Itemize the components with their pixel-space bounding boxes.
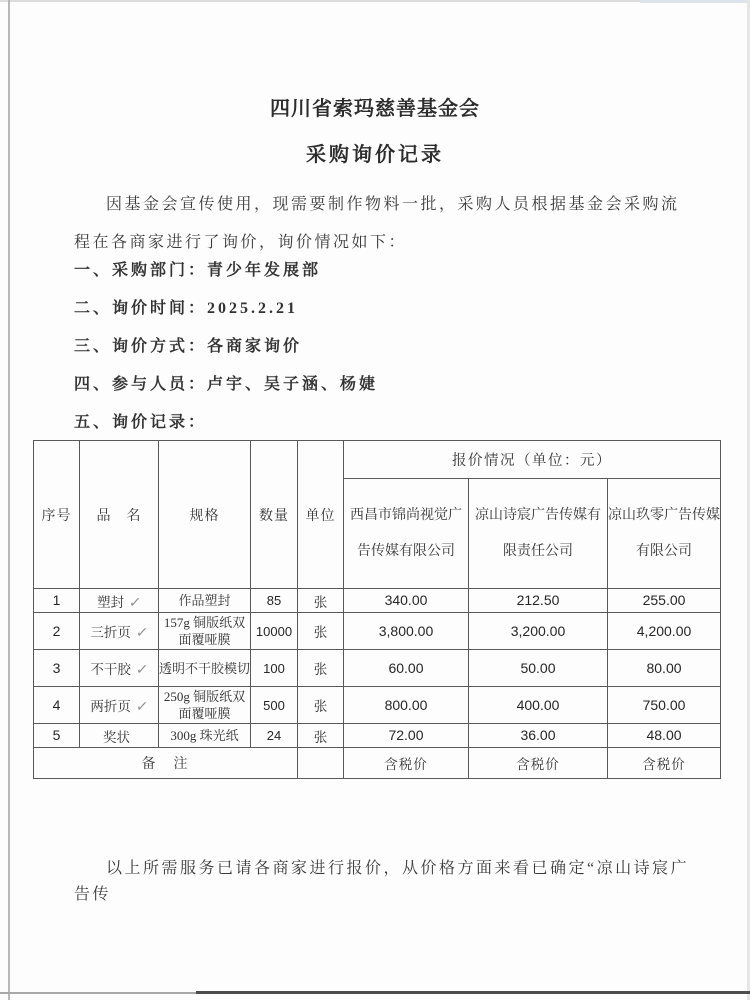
cell-seq: 4 <box>34 687 80 724</box>
item-name: 不干胶 <box>90 662 131 677</box>
cell-qty: 10000 <box>251 613 298 650</box>
cell-spec: 157g 铜版纸双面覆哑膜 <box>159 613 251 650</box>
cell-name: 塑封✓ <box>80 589 159 613</box>
intro-paragraph: 因基金会宣传使用，现需要制作物料一批，采购人员根据基金会采购流程在各商家进行了询… <box>74 186 686 262</box>
table-row: 2 三折页✓ 157g 铜版纸双面覆哑膜 10000 张 3,800.00 3,… <box>34 613 721 650</box>
item-name: 两折页 <box>90 699 131 714</box>
checkmark-icon: ✓ <box>135 699 149 715</box>
tax-note-vendor2: 含税价 <box>469 748 608 779</box>
closing-paragraph: 以上所需服务已请各商家进行报价，从价格方面来看已确定“凉山诗宸广告传 <box>74 856 704 908</box>
cell-name: 不干胶✓ <box>80 650 159 687</box>
item-name: 奖状 <box>103 730 130 745</box>
cell-spec: 透明不干胶模切 <box>159 650 251 687</box>
col-header-name: 品 名 <box>80 441 159 589</box>
document-title: 四川省索玛慈善基金会 <box>0 92 750 121</box>
cell-price-vendor3: 4,200.00 <box>608 613 721 650</box>
scan-edge-top-right <box>640 0 750 3</box>
cell-price-vendor2: 212.50 <box>469 589 608 613</box>
cell-price-vendor1: 800.00 <box>344 687 469 724</box>
checkmark-icon: ✓ <box>135 662 149 678</box>
list-item-inquiry-date: 二、询价时间：2025.2.21 <box>74 297 694 321</box>
cell-seq: 5 <box>34 724 80 748</box>
cell-qty: 100 <box>251 650 298 687</box>
scan-edge-bottom-dark <box>196 991 750 994</box>
cell-price-vendor3: 48.00 <box>608 724 721 748</box>
cell-price-vendor2: 400.00 <box>469 687 608 724</box>
checkmark-icon: ✓ <box>128 595 142 611</box>
item-name: 塑封 <box>97 595 124 610</box>
cell-seq: 3 <box>34 650 80 687</box>
scan-edge-left <box>8 0 10 1000</box>
cell-qty: 24 <box>251 724 298 748</box>
cell-empty <box>298 748 344 779</box>
table-row: 3 不干胶✓ 透明不干胶模切 100 张 60.00 50.00 80.00 <box>34 650 721 687</box>
list-item-department: 一、采购部门：青少年发展部 <box>74 259 694 283</box>
cell-name: 三折页✓ <box>80 613 159 650</box>
cell-spec: 250g 铜版纸双面覆哑膜 <box>159 687 251 724</box>
cell-seq: 1 <box>34 589 80 613</box>
cell-price-vendor2: 50.00 <box>469 650 608 687</box>
cell-price-vendor3: 255.00 <box>608 589 721 613</box>
vendor-header-2: 凉山诗宸广告传媒有限责任公司 <box>469 479 608 589</box>
cell-spec: 作品塑封 <box>159 589 251 613</box>
info-list: 一、采购部门：青少年发展部 二、询价时间：2025.2.21 三、询价方式：各商… <box>74 259 694 449</box>
cell-price-vendor2: 36.00 <box>469 724 608 748</box>
table-footer-row: 备 注 含税价 含税价 含税价 <box>34 748 721 779</box>
cell-name: 奖状 <box>80 724 159 748</box>
cell-unit: 张 <box>298 650 344 687</box>
cell-price-vendor1: 340.00 <box>344 589 469 613</box>
cell-qty: 500 <box>251 687 298 724</box>
quote-title-header: 报价情况（单位：元） <box>344 441 721 479</box>
scanned-document-page: 四川省索玛慈善基金会 采购询价记录 因基金会宣传使用，现需要制作物料一批，采购人… <box>0 0 750 1000</box>
table-row: 1 塑封✓ 作品塑封 85 张 340.00 212.50 255.00 <box>34 589 721 613</box>
tax-note-vendor3: 含税价 <box>608 748 721 779</box>
cell-price-vendor1: 60.00 <box>344 650 469 687</box>
cell-unit: 张 <box>298 724 344 748</box>
cell-unit: 张 <box>298 589 344 613</box>
list-item-inquiry-method: 三、询价方式：各商家询价 <box>74 335 694 359</box>
vendor-header-1: 西昌市锦尚视觉广告传媒有限公司 <box>344 479 469 589</box>
table-row: 4 两折页✓ 250g 铜版纸双面覆哑膜 500 张 800.00 400.00… <box>34 687 721 724</box>
table-row: 5 奖状 300g 珠光纸 24 张 72.00 36.00 48.00 <box>34 724 721 748</box>
col-header-qty: 数量 <box>251 441 298 589</box>
cell-unit: 张 <box>298 687 344 724</box>
cell-qty: 85 <box>251 589 298 613</box>
cell-price-vendor1: 72.00 <box>344 724 469 748</box>
document-subtitle: 采购询价记录 <box>0 138 750 167</box>
col-header-unit: 单位 <box>298 441 344 589</box>
scan-edge-bottom-light <box>0 992 200 994</box>
cell-price-vendor1: 3,800.00 <box>344 613 469 650</box>
cell-price-vendor3: 750.00 <box>608 687 721 724</box>
list-item-record-heading: 五、询价记录： <box>74 411 694 435</box>
remark-label: 备 注 <box>34 748 298 779</box>
tax-note-vendor1: 含税价 <box>344 748 469 779</box>
col-header-seq: 序号 <box>34 441 80 589</box>
quote-table-wrapper: 序号 品 名 规格 数量 单位 报价情况（单位：元） 西昌市锦尚视觉广告传媒有限… <box>33 440 721 779</box>
cell-price-vendor2: 3,200.00 <box>469 613 608 650</box>
item-name: 三折页 <box>90 625 131 640</box>
cell-unit: 张 <box>298 613 344 650</box>
cell-spec: 300g 珠光纸 <box>159 724 251 748</box>
col-header-spec: 规格 <box>159 441 251 589</box>
table-header-row-1: 序号 品 名 规格 数量 单位 报价情况（单位：元） <box>34 441 721 479</box>
checkmark-icon: ✓ <box>135 625 149 641</box>
quote-table: 序号 品 名 规格 数量 单位 报价情况（单位：元） 西昌市锦尚视觉广告传媒有限… <box>33 440 721 779</box>
vendor-header-3: 凉山玖零广告传媒有限公司 <box>608 479 721 589</box>
cell-seq: 2 <box>34 613 80 650</box>
cell-price-vendor3: 80.00 <box>608 650 721 687</box>
scan-edge-top <box>0 0 750 2</box>
list-item-participants: 四、参与人员：卢宇、吴子涵、杨婕 <box>74 373 694 397</box>
cell-name: 两折页✓ <box>80 687 159 724</box>
